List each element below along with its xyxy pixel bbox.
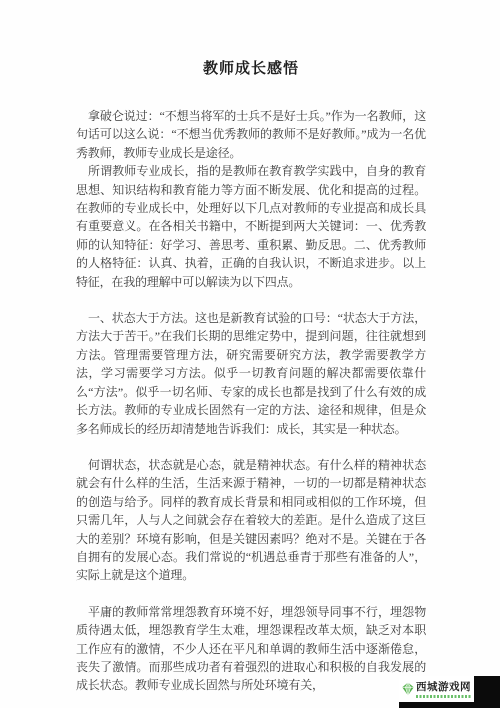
- document-body: 拿破仑说过：“不想当将军的士兵不是好士兵。”作为一名教师，这句话可以这么说：“不…: [76, 107, 426, 695]
- watermark-tagline: [416, 695, 472, 698]
- paragraph: 一、状态大于方法。这也是新教育试验的口号：“状态大于方法，方法大于苦干。”在我们…: [76, 309, 426, 438]
- page-title: 教师成长感悟: [76, 57, 426, 78]
- watermark-inner: 西城游戏网: [399, 676, 474, 702]
- document-page: 教师成长感悟 拿破仑说过：“不想当将军的士兵不是好士兵。”作为一名教师，这句话可…: [0, 0, 500, 708]
- paragraph: 平庸的教师常常埋怨教育环境不好，埋怨领导同事不行，埋怨物质待遇太低，埋怨教育学生…: [76, 603, 426, 695]
- gem-icon: [401, 682, 415, 696]
- watermark-badge: 西城游戏网: [399, 676, 500, 708]
- watermark-site-name: 西城游戏网: [416, 681, 472, 693]
- paragraph: 所谓教师专业成长，指的是教师在教育教学实践中，自身的教育思想、知识结构和教育能力…: [76, 162, 426, 291]
- watermark-text-column: 西城游戏网: [416, 681, 472, 698]
- paragraph: 拿破仑说过：“不想当将军的士兵不是好士兵。”作为一名教师，这句话可以这么说：“不…: [76, 107, 426, 162]
- paragraph: 何谓状态，状态就是心态，就是精神状态。有什么样的精神状态就会有什么样的生活，生活…: [76, 456, 426, 585]
